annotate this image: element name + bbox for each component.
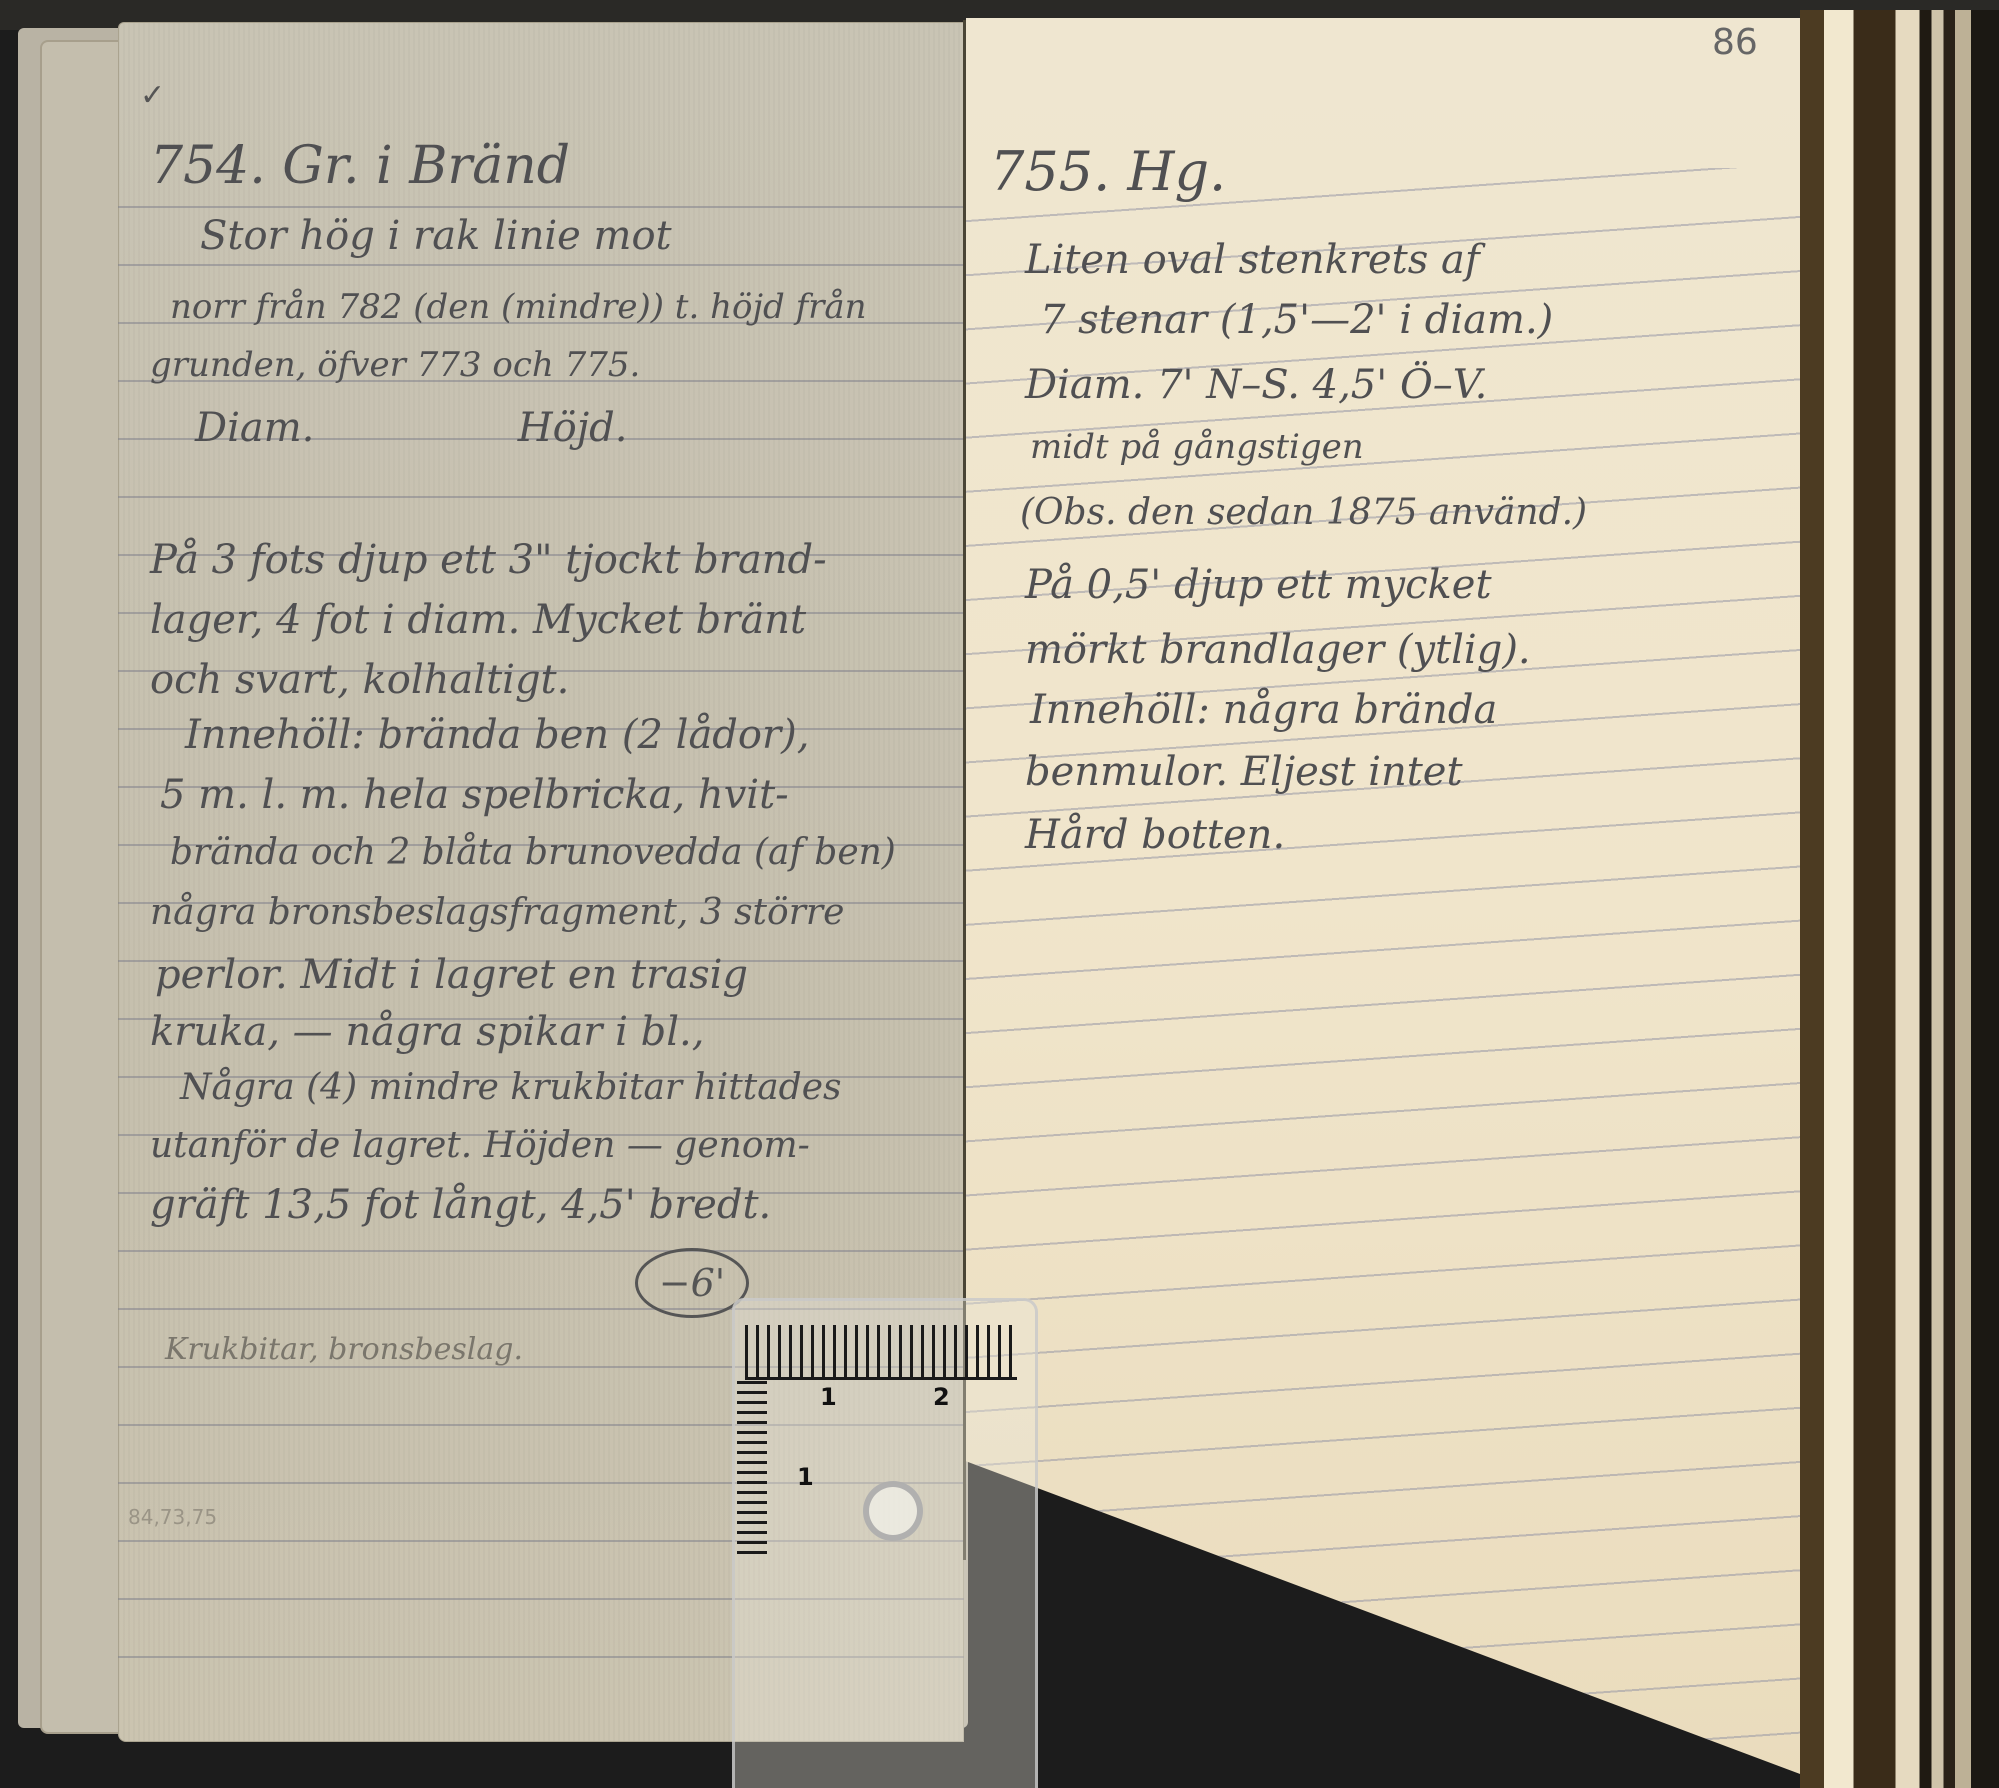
ruler-vertical-ticks <box>737 1381 767 1557</box>
handwritten-line: midt på gångstigen <box>1030 430 1364 464</box>
page-number: 86 <box>1712 22 1758 63</box>
handwritten-line: På 3 fots djup ett 3" tjockt brand- <box>150 540 827 580</box>
entry-heading-755: 755. Hg. <box>990 145 1226 199</box>
scale-ruler: 1 2 1 <box>732 1298 1038 1788</box>
ruler-label: 1 <box>797 1463 814 1491</box>
handwritten-line: Diam. 7' N–S. 4,5' Ö–V. <box>1025 365 1487 405</box>
ruler-label: 2 <box>933 1383 950 1411</box>
handwritten-line: brända och 2 blåta brunovedda (af ben) <box>170 835 896 871</box>
handwritten-line: 5 m. l. m. hela spelbricka, hvit- <box>160 775 789 815</box>
check-mark: ✓ <box>140 78 165 113</box>
archive-stamp: 84,73,75 <box>128 1505 217 1529</box>
page-edges-stack <box>1800 10 1999 1788</box>
ruler-horizontal-ticks <box>745 1325 1017 1380</box>
handwritten-line: gräft 13,5 fot långt, 4,5' bredt. <box>150 1185 771 1225</box>
entry-heading-754: 754. Gr. i Bränd <box>150 140 570 192</box>
ruled-lines <box>966 168 1846 1778</box>
handwritten-line: Innehöll: några brända <box>1030 690 1497 730</box>
handwritten-line: lager, 4 fot i diam. Mycket bränt <box>150 600 806 640</box>
handwritten-line: några bronsbeslagsfragment, 3 större <box>150 895 844 931</box>
ruler-label: 1 <box>820 1383 837 1411</box>
ruler-hole <box>863 1481 923 1541</box>
handwritten-line: och svart, kolhaltigt. <box>150 660 569 700</box>
handwritten-line: perlor. Midt i lagret en trasig <box>155 955 748 995</box>
handwritten-line: Några (4) mindre krukbitar hittades <box>180 1070 841 1106</box>
handwritten-line: 7 stenar (1,5'—2' i diam.) <box>1040 300 1553 340</box>
handwritten-line: grunden, öfver 773 och 775. <box>150 348 640 382</box>
handwritten-line-faint: Krukbitar, bronsbeslag. <box>165 1335 523 1365</box>
handwritten-line: Diam. Höjd. <box>195 408 627 448</box>
handwritten-line: utanför de lagret. Höjden — genom- <box>150 1128 810 1164</box>
handwritten-line: Liten oval stenkrets af <box>1025 240 1480 280</box>
handwritten-line: Stor hög i rak linie mot <box>200 216 672 256</box>
handwritten-line: På 0,5' djup ett mycket <box>1025 565 1492 605</box>
handwritten-line: Innehöll: brända ben (2 lådor), <box>185 715 809 755</box>
handwritten-line: norr från 782 (den (mindre)) t. höjd frå… <box>170 290 867 324</box>
handwritten-line: mörkt brandlager (ytlig). <box>1025 630 1531 670</box>
handwritten-line: Hård botten. <box>1025 815 1285 855</box>
handwritten-line: benmulor. Eljest intet <box>1025 752 1463 792</box>
handwritten-line: kruka, — några spikar i bl., <box>150 1012 704 1052</box>
handwritten-line: (Obs. den sedan 1875 använd.) <box>1020 495 1587 531</box>
